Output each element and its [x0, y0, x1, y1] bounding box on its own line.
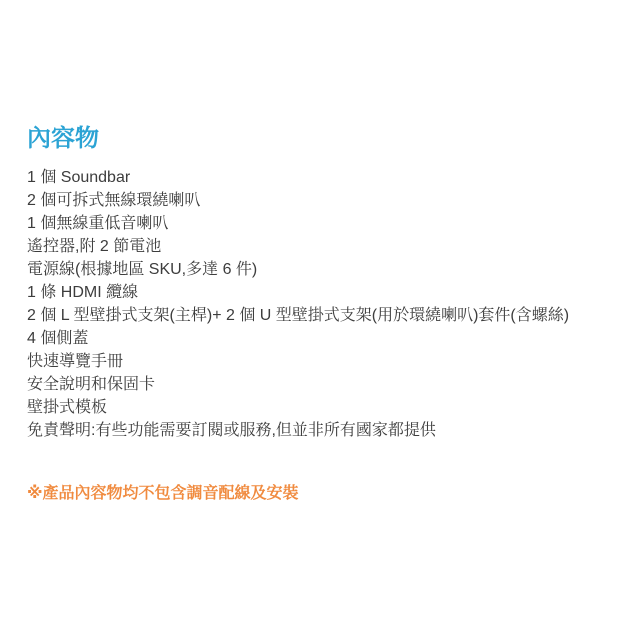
list-item: 4 個側蓋 [27, 327, 630, 350]
list-item: 1 條 HDMI 纜線 [27, 281, 630, 304]
list-item: 1 個無線重低音喇叭 [27, 212, 630, 235]
list-item: 快速導覽手冊 [27, 350, 630, 373]
section-heading-contents: 內容物 [27, 124, 630, 154]
product-contents-section: 內容物 1 個 Soundbar 2 個可拆式無線環繞喇叭 1 個無線重低音喇叭… [0, 0, 640, 640]
package-contents-list: 1 個 Soundbar 2 個可拆式無線環繞喇叭 1 個無線重低音喇叭 遙控器… [27, 166, 630, 442]
list-item: 免責聲明:有些功能需要訂閱或服務,但並非所有國家都提供 [27, 419, 630, 442]
list-item: 2 個可拆式無線環繞喇叭 [27, 189, 630, 212]
list-item: 電源線(根據地區 SKU,多達 6 件) [27, 258, 630, 281]
list-item: 安全說明和保固卡 [27, 373, 630, 396]
list-item: 遙控器,附 2 節電池 [27, 235, 630, 258]
disclaimer-note: ※產品內容物均不包含調音配線及安裝 [27, 483, 630, 505]
list-item: 1 個 Soundbar [27, 166, 630, 189]
list-item: 2 個 L 型壁掛式支架(主桿)+ 2 個 U 型壁掛式支架(用於環繞喇叭)套件… [27, 304, 630, 327]
list-item: 壁掛式模板 [27, 396, 630, 419]
